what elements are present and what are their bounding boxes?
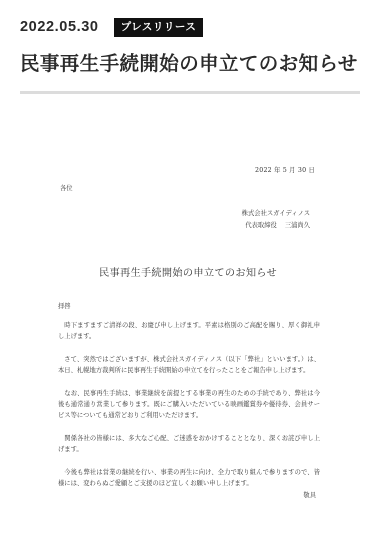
body-paragraph: 今後も弊社は営業の継続を行い、事業の再生に向け、全力で取り組んで参りますので、皆… — [58, 467, 320, 489]
representative-title: 代表取締役 — [245, 222, 276, 229]
category-badge[interactable]: プレスリリース — [114, 18, 204, 37]
article-meta: 2022.05.30 プレスリリース — [20, 17, 360, 37]
press-release-document: 2022 年 5 月 30 日 各位 株式会社スガイディノス 代表取締役三浦尚久… — [0, 94, 376, 556]
document-title: 民事再生手続開始の申立てのお知らせ — [0, 264, 376, 279]
body-paragraph: さて、突然ではございますが、株式会社スガイディノス（以下「弊社」といいます。）は… — [58, 354, 320, 376]
body-paragraph: 関係各社の皆様には、多大なご心配、ご迷惑をおかけすることとなり、深くお詫び申し上… — [58, 433, 320, 455]
sender-representative: 代表取締役三浦尚久 — [242, 220, 310, 232]
page-title: 民事再生手続開始の申立てのお知らせ — [20, 48, 360, 76]
document-body: 拝啓 時下ますますご清祥の段、お慶び申し上げます。平素は格別のご高配を賜り、厚く… — [58, 301, 320, 501]
salutation: 拝啓 — [58, 301, 320, 312]
closing-remark: 敬具 — [303, 490, 316, 499]
addressee: 各位 — [60, 183, 73, 192]
representative-name: 三浦尚久 — [285, 222, 310, 229]
sender-company: 株式会社スガイディノス — [242, 208, 310, 220]
body-paragraph: 時下ますますご清祥の段、お慶び申し上げます。平素は格別のご高配を賜り、厚く御礼申… — [58, 320, 320, 342]
document-date: 2022 年 5 月 30 日 — [255, 165, 315, 174]
body-paragraph: なお、民事再生手続は、事業継続を前提とする事業の再生のための手続であり、弊社は今… — [58, 388, 320, 422]
article-header: 2022.05.30 プレスリリース 民事再生手続開始の申立てのお知らせ — [20, 17, 360, 76]
sender-block: 株式会社スガイディノス 代表取締役三浦尚久 — [242, 208, 310, 231]
publish-date: 2022.05.30 — [20, 19, 99, 35]
